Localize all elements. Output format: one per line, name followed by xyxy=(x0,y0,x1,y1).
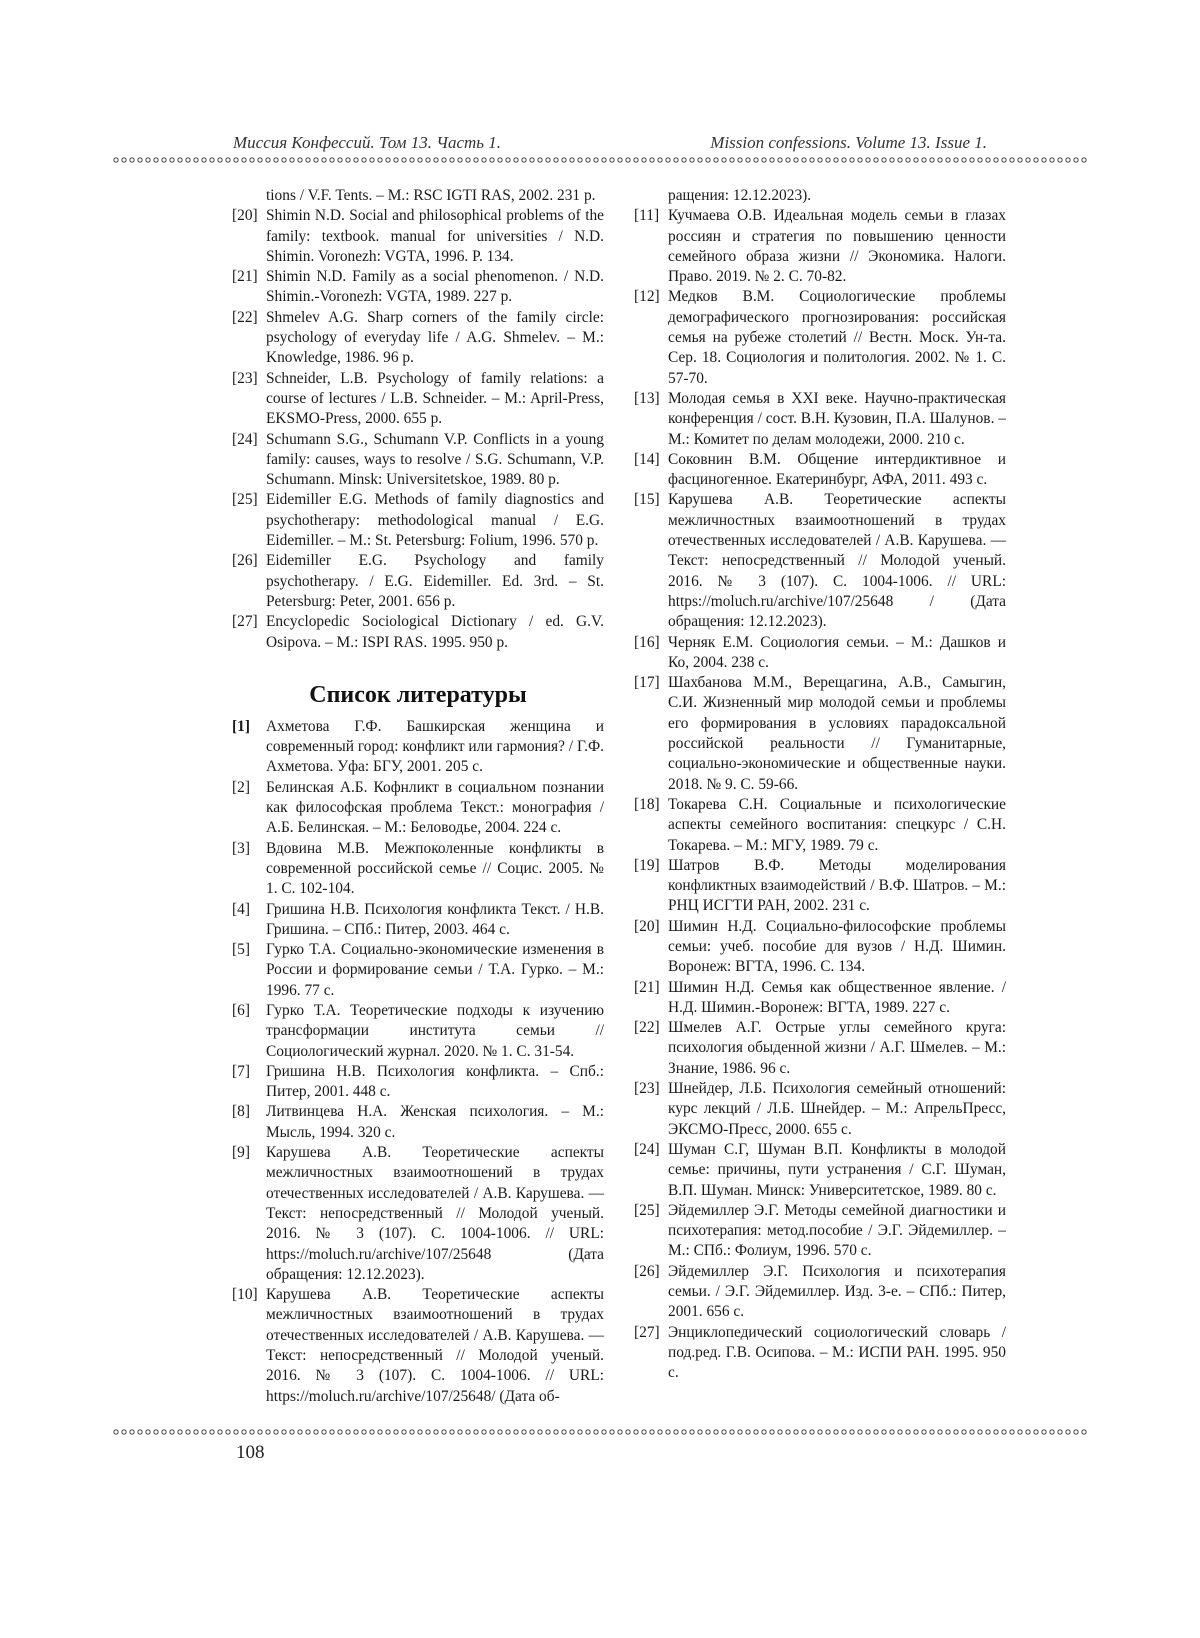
reference-number: [22] xyxy=(232,308,258,328)
reference-item: [3]Вдовина М.В. Межпоколенные конфликты … xyxy=(232,839,604,900)
reference-text: Гришина Н.В. Психология конфликта. – Спб… xyxy=(266,1063,604,1100)
reference-item: [13]Молодая семья в XXI веке. Научно-пра… xyxy=(634,389,1006,450)
reference-continuation: tions / V.F. Tents. – M.: RSC IGTI RAS, … xyxy=(232,186,604,206)
reference-text: Schneider, L.B. Psychology of family rel… xyxy=(266,370,604,428)
reference-continuation: ращения: 12.12.2023). xyxy=(634,186,1006,206)
reference-item: [18]Токарева С.Н. Социальные и психологи… xyxy=(634,795,1006,856)
reference-item: [26]Eidemiller E.G. Psychology and famil… xyxy=(232,551,604,612)
reference-number: [8] xyxy=(232,1102,250,1122)
reference-text: Шатров В.Ф. Методы моделирования конфлик… xyxy=(668,857,1006,915)
reference-number: [24] xyxy=(232,430,258,450)
reference-item: [25]Эйдемиллер Э.Г. Методы семейной диаг… xyxy=(634,1201,1006,1262)
reference-number: [26] xyxy=(634,1262,660,1282)
reference-number: [17] xyxy=(634,673,660,693)
reference-item: [4]Гришина Н.В. Психология конфликта Тек… xyxy=(232,900,604,941)
reference-number: [25] xyxy=(634,1201,660,1221)
reference-item: [1]Ахметова Г.Ф. Башкирская женщина и со… xyxy=(232,717,604,778)
reference-item: [25]Eidemiller E.G. Methods of family di… xyxy=(232,490,604,551)
reference-number: [20] xyxy=(232,206,258,226)
reference-item: [5]Гурко Т.А. Социально-экономические из… xyxy=(232,940,604,1001)
reference-text: Эйдемиллер Э.Г. Психология и психотерапи… xyxy=(668,1263,1006,1321)
reference-text: Медков В.М. Социологические проблемы дем… xyxy=(668,288,1006,386)
reference-number: [10] xyxy=(232,1285,258,1305)
reference-number: [20] xyxy=(634,917,660,937)
reference-text: Шнейдер, Л.Б. Психология семейный отноше… xyxy=(668,1080,1006,1138)
reference-number: [11] xyxy=(634,206,659,226)
reference-text: Эйдемиллер Э.Г. Методы семейной диагност… xyxy=(668,1202,1006,1260)
reference-text: Гришина Н.В. Психология конфликта Текст.… xyxy=(266,901,604,938)
reference-item: [27]Encyclopedic Sociological Dictionary… xyxy=(232,612,604,653)
reference-number: [25] xyxy=(232,490,258,510)
reference-number: [27] xyxy=(232,612,258,632)
reference-number: [16] xyxy=(634,633,660,653)
reference-item: [24]Schumann S.G., Schumann V.P. Conflic… xyxy=(232,430,604,491)
reference-number: [21] xyxy=(232,267,258,287)
reference-item: [19]Шатров В.Ф. Методы моделирования кон… xyxy=(634,856,1006,917)
running-head-russian: Миссия Конфессий. Том 13. Часть 1. xyxy=(233,133,501,153)
reference-item: [8]Литвинцева Н.А. Женская психология. –… xyxy=(232,1102,604,1143)
header-ornament-divider xyxy=(112,156,1088,164)
reference-item: [11]Кучмаева О.В. Идеальная модель семьи… xyxy=(634,206,1006,287)
reference-number: [18] xyxy=(634,795,660,815)
reference-item: [15]Карушева А.В. Теоретические аспекты … xyxy=(634,490,1006,632)
reference-number: [6] xyxy=(232,1001,250,1021)
reference-text: Карушева А.В. Теоретические аспекты межл… xyxy=(266,1144,604,1283)
reference-item: [10]Карушева А.В. Теоретические аспекты … xyxy=(232,1285,604,1407)
reference-number: [23] xyxy=(634,1079,660,1099)
running-head-english: Mission confessions. Volume 13. Issue 1. xyxy=(710,133,987,153)
reference-text: Шимин Н.Д. Социально-философские проблем… xyxy=(668,918,1006,976)
reference-number: [14] xyxy=(634,450,660,470)
reference-item: [6]Гурко Т.А. Теоретические подходы к из… xyxy=(232,1001,604,1062)
reference-number: [9] xyxy=(232,1143,250,1163)
reference-item: [21]Шимин Н.Д. Семья как общественное яв… xyxy=(634,978,1006,1019)
reference-item: [23]Schneider, L.B. Psychology of family… xyxy=(232,369,604,430)
reference-item: [21]Shimin N.D. Family as a social pheno… xyxy=(232,267,604,308)
reference-item: [26]Эйдемиллер Э.Г. Психология и психоте… xyxy=(634,1262,1006,1323)
reference-text: Гурко Т.А. Социально-экономические измен… xyxy=(266,941,604,999)
reference-text: Shmelev A.G. Sharp corners of the family… xyxy=(266,309,604,367)
reference-text: Шимин Н.Д. Семья как общественное явлени… xyxy=(668,979,1006,1016)
reference-text: Shimin N.D. Social and philosophical pro… xyxy=(266,207,604,265)
reference-text: Карушева А.В. Теоретические аспекты межл… xyxy=(668,491,1006,630)
reference-text: Черняк Е.М. Социология семьи. – М.: Дашк… xyxy=(668,634,1006,671)
reference-item: [2]Белинская А.Б. Кофнликт в социальном … xyxy=(232,778,604,839)
reference-item: [22]Shmelev A.G. Sharp corners of the fa… xyxy=(232,308,604,369)
reference-number: [26] xyxy=(232,551,258,571)
reference-number: [22] xyxy=(634,1018,660,1038)
right-column: ращения: 12.12.2023). [11]Кучмаева О.В. … xyxy=(634,186,1006,1384)
reference-text: Соковнин В.М. Общение интердиктивное и ф… xyxy=(668,451,1006,488)
reference-text: Шахбанова М.М., Верещагина, А.В., Самыги… xyxy=(668,674,1006,792)
reference-item: [27]Энциклопедический социологический сл… xyxy=(634,1323,1006,1384)
reference-text: Eidemiller E.G. Methods of family diagno… xyxy=(266,491,604,549)
reference-text: Молодая семья в XXI веке. Научно-практич… xyxy=(668,390,1006,448)
reference-text: Энциклопедический социологический словар… xyxy=(668,1324,1006,1382)
reference-number: [12] xyxy=(634,287,660,307)
reference-item: [9]Карушева А.В. Теоретические аспекты м… xyxy=(232,1143,604,1285)
reference-number: [5] xyxy=(232,940,250,960)
reference-number: [15] xyxy=(634,490,660,510)
reference-text: Encyclopedic Sociological Dictionary / e… xyxy=(266,613,604,650)
reference-number: [3] xyxy=(232,839,250,859)
left-column: tions / V.F. Tents. – M.: RSC IGTI RAS, … xyxy=(232,186,604,1407)
reference-number: [19] xyxy=(634,856,660,876)
reference-item: [14]Соковнин В.М. Общение интердиктивное… xyxy=(634,450,1006,491)
reference-text: Ахметова Г.Ф. Башкирская женщина и совре… xyxy=(266,718,604,776)
reference-number: [4] xyxy=(232,900,250,920)
reference-item: [24]Шуман С.Г, Шуман В.П. Конфликты в мо… xyxy=(634,1140,1006,1201)
reference-number: [27] xyxy=(634,1323,660,1343)
reference-item: [7]Гришина Н.В. Психология конфликта. – … xyxy=(232,1062,604,1103)
reference-text: Белинская А.Б. Кофнликт в социальном поз… xyxy=(266,779,604,837)
reference-item: [16]Черняк Е.М. Социология семьи. – М.: … xyxy=(634,633,1006,674)
reference-number: [21] xyxy=(634,978,660,998)
reference-item: [17]Шахбанова М.М., Верещагина, А.В., Са… xyxy=(634,673,1006,795)
reference-text: Вдовина М.В. Межпоколенные конфликты в с… xyxy=(266,840,604,898)
reference-text: Eidemiller E.G. Psychology and family ps… xyxy=(266,552,604,610)
journal-page: Миссия Конфессий. Том 13. Часть 1. Missi… xyxy=(0,0,1200,1638)
reference-number: [7] xyxy=(232,1062,250,1082)
reference-item: [12]Медков В.М. Социологические проблемы… xyxy=(634,287,1006,388)
reference-number: [24] xyxy=(634,1140,660,1160)
section-heading: Список литературы xyxy=(232,681,604,709)
reference-text: Shimin N.D. Family as a social phenomeno… xyxy=(266,268,604,305)
reference-text: Шуман С.Г, Шуман В.П. Конфликты в молодо… xyxy=(668,1141,1006,1199)
reference-number: [2] xyxy=(232,778,250,798)
reference-text: Гурко Т.А. Теоретические подходы к изуче… xyxy=(266,1002,604,1060)
reference-text: Токарева С.Н. Социальные и психологическ… xyxy=(668,796,1006,854)
reference-item: [20]Шимин Н.Д. Социально-философские про… xyxy=(634,917,1006,978)
reference-number: [13] xyxy=(634,389,660,409)
reference-text: Шмелев А.Г. Острые углы семейного круга:… xyxy=(668,1019,1006,1077)
reference-number: [23] xyxy=(232,369,258,389)
reference-item: [22]Шмелев А.Г. Острые углы семейного кр… xyxy=(634,1018,1006,1079)
reference-text: Карушева А.В. Теоретические аспекты межл… xyxy=(266,1286,604,1404)
footer-ornament-divider xyxy=(112,1428,1088,1436)
reference-text: Литвинцева Н.А. Женская психология. – М.… xyxy=(266,1103,604,1140)
reference-text: Кучмаева О.В. Идеальная модель семьи в г… xyxy=(668,207,1006,285)
reference-text: Schumann S.G., Schumann V.P. Conflicts i… xyxy=(266,431,604,489)
reference-item: [20]Shimin N.D. Social and philosophical… xyxy=(232,206,604,267)
page-number: 108 xyxy=(236,1442,265,1464)
reference-item: [23]Шнейдер, Л.Б. Психология семейный от… xyxy=(634,1079,1006,1140)
reference-number: [1] xyxy=(232,717,250,737)
